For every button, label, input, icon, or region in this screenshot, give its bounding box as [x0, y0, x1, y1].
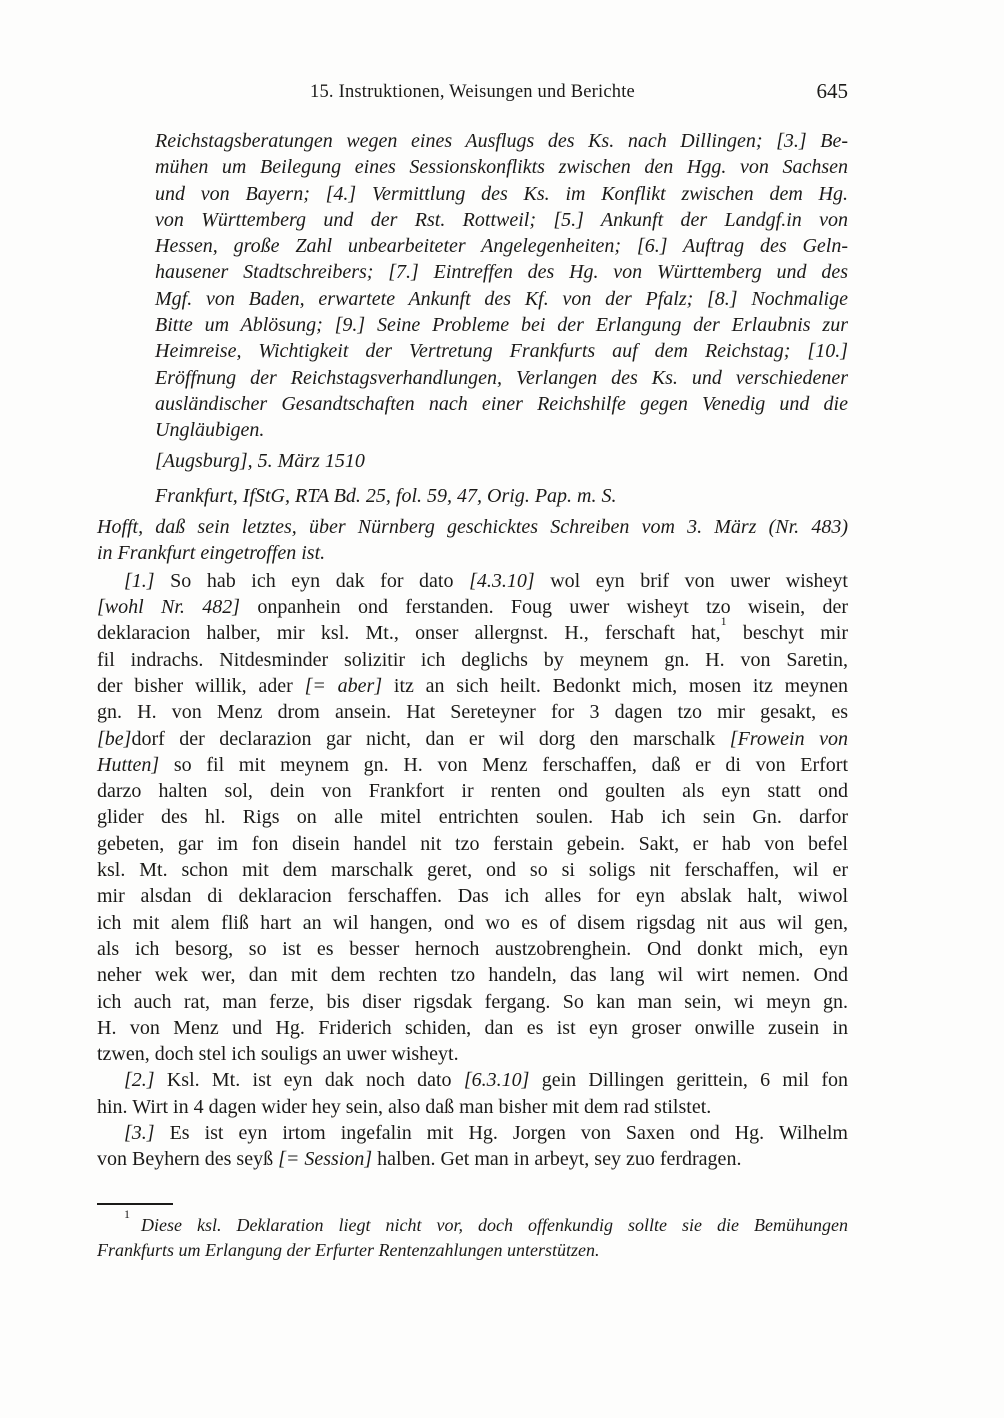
text-segment: [1.] [124, 570, 155, 592]
text-segment: mühen um Beilegung eines Sessionskonflik… [155, 156, 848, 178]
text-segment: mir alsdan di deklaracion ferschaffen. D… [97, 885, 848, 907]
text-line: Reichstagsberatungen wegen eines Ausflug… [155, 128, 848, 154]
text-segment: ksl. Mt. schon mit dem marschalk geret, … [97, 859, 848, 881]
book-page: 15. Instruktionen, Weisungen und Bericht… [0, 0, 1004, 1418]
text-line: Hofft, daß sein letztes, über Nürnberg g… [97, 514, 848, 540]
text-line: darzo halten sol, dein von Frankfort ir … [97, 778, 848, 804]
text-segment: gein Dillingen gerittein, 6 mil fon [529, 1069, 848, 1091]
text-segment: [= Session] [278, 1148, 372, 1170]
text-segment: onpanhein ond ferstanden. Foug uwer wish… [240, 596, 848, 618]
text-segment: und von Bayern; [4.] Vermittlung des Ks.… [155, 183, 848, 205]
text-line: ksl. Mt. schon mit dem marschalk geret, … [97, 857, 848, 883]
text-segment: dorf der declarazion gar nicht, dan er w… [131, 728, 729, 750]
text-line: von Württemberg und der Rst. Rottweil; [… [155, 207, 848, 233]
footnote-ref-marker: 1 [124, 1207, 141, 1221]
text-segment: Hessen, große Zahl unbearbeiteter Angele… [155, 235, 848, 257]
letter-body: [1.] So hab ich eyn dak for dato [4.3.10… [97, 568, 848, 1173]
text-segment: gebeten, gar im fon disein handel nit tz… [97, 833, 848, 855]
regest-summary: Hofft, daß sein letztes, über Nürnberg g… [97, 514, 848, 567]
text-segment: Frankfurts um Erlangung der Erfurter Ren… [97, 1240, 599, 1260]
text-line: Heimreise, Wichtigkeit der Vertretung Fr… [155, 338, 848, 364]
text-segment: Ungläubigen. [155, 419, 264, 441]
text-line: neher wek wer, dan mit dem rechten tzo h… [97, 962, 848, 988]
text-segment: ich mit alem fliß hart an wil hangen, on… [97, 912, 848, 934]
text-line: 1Diese ksl. Deklaration liegt nicht vor,… [97, 1213, 848, 1238]
text-segment: itz an sich heilt. Bedonkt mich, mosen i… [382, 675, 848, 697]
text-line: Hessen, große Zahl unbearbeiteter Angele… [155, 233, 848, 259]
text-line: [wohl Nr. 482] onpanhein ond ferstanden.… [97, 594, 848, 620]
text-segment: wol eyn brif von uwer wisheyt [535, 570, 848, 592]
text-line: [be]dorf der declarazion gar nicht, dan … [97, 726, 848, 752]
text-segment: hin. Wirt in 4 dagen wider hey sein, als… [97, 1096, 711, 1118]
text-segment: [be] [97, 728, 131, 750]
text-line: Ungläubigen. [155, 417, 848, 443]
text-line: Mgf. von Baden, erwartete Ankunft des Kf… [155, 286, 848, 312]
text-segment: Heimreise, Wichtigkeit der Vertretung Fr… [155, 340, 848, 362]
text-segment: [4.3.10] [469, 570, 535, 592]
text-segment: von Württemberg und der Rst. Rottweil; [… [155, 209, 848, 231]
text-line: Frankfurts um Erlangung der Erfurter Ren… [97, 1238, 848, 1263]
text-line: hin. Wirt in 4 dagen wider hey sein, als… [97, 1094, 848, 1120]
text-line: [1.] So hab ich eyn dak for dato [4.3.10… [97, 568, 848, 594]
footnote-ref-marker: 1 [721, 614, 727, 628]
text-segment: ich auch rat, man ferze, bis diser rigsd… [97, 991, 848, 1013]
text-segment: Diese ksl. Deklaration liegt nicht vor, … [141, 1215, 848, 1235]
text-line: Bitte um Ablösung; [9.] Seine Probleme b… [155, 312, 848, 338]
page-header: 15. Instruktionen, Weisungen und Bericht… [97, 80, 848, 104]
text-line: gebeten, gar im fon disein handel nit tz… [97, 831, 848, 857]
text-line: deklaracion halber, mir ksl. Mt., onser … [97, 620, 848, 646]
text-segment: So hab ich eyn dak for dato [155, 570, 469, 592]
text-segment: Ksl. Mt. ist eyn dak noch dato [155, 1069, 464, 1091]
text-line: tzwen, doch stel ich souligs an uwer wis… [97, 1041, 848, 1067]
text-segment: deklaracion halber, mir ksl. Mt., onser … [97, 622, 721, 644]
text-line: ausländischer Gesandtschaften nach einer… [155, 391, 848, 417]
text-line: glider des hl. Rigs on alle mitel entric… [97, 804, 848, 830]
text-segment: H. von Menz und Hg. Friderich schiden, d… [97, 1017, 848, 1039]
text-segment: als ich besorg, so ist es besser hernoch… [97, 938, 848, 960]
text-line: Hutten] so fil mit meynem gn. H. von Men… [97, 752, 848, 778]
footnote-area: 1Diese ksl. Deklaration liegt nicht vor,… [97, 1203, 848, 1263]
text-line: Eröffnung der Reichstagsverhandlungen, V… [155, 365, 848, 391]
text-segment: [= aber] [305, 675, 383, 697]
text-line: fil indrachs. Nitdesminder solizitir ich… [97, 647, 848, 673]
text-segment: gn. H. von Menz drom ansein. Hat Seretey… [97, 701, 848, 723]
text-line: hausener Stadtschreibers; [7.] Eintreffe… [155, 259, 848, 285]
running-head-title: 15. Instruktionen, Weisungen und Bericht… [97, 80, 848, 104]
text-line: [2.] Ksl. Mt. ist eyn dak noch dato [6.3… [97, 1067, 848, 1093]
text-segment: der bisher willik, ader [97, 675, 305, 697]
footnote-separator-rule [97, 1203, 173, 1205]
text-line: in Frankfurt eingetroffen ist. [97, 540, 848, 566]
body-paragraph-1: [1.] So hab ich eyn dak for dato [4.3.10… [97, 568, 848, 1068]
text-segment: neher wek wer, dan mit dem rechten tzo h… [97, 964, 848, 986]
text-line: ich auch rat, man ferze, bis diser rigsd… [97, 989, 848, 1015]
text-segment: [wohl Nr. 482] [97, 596, 240, 618]
text-line: ich mit alem fliß hart an wil hangen, on… [97, 910, 848, 936]
text-line: von Beyhern des seyß [= Session] halben.… [97, 1146, 848, 1172]
text-segment: Hutten] [97, 754, 159, 776]
body-paragraph-2: [2.] Ksl. Mt. ist eyn dak noch dato [6.3… [97, 1067, 848, 1120]
text-segment: Hofft, daß sein letztes, über Nürnberg g… [97, 516, 848, 538]
text-line: gn. H. von Menz drom ansein. Hat Seretey… [97, 699, 848, 725]
text-line: und von Bayern; [4.] Vermittlung des Ks.… [155, 181, 848, 207]
text-line: mühen um Beilegung eines Sessionskonflik… [155, 154, 848, 180]
text-line: mir alsdan di deklaracion ferschaffen. D… [97, 883, 848, 909]
text-segment: halben. Get man in arbeyt, sey zuo ferdr… [372, 1148, 741, 1170]
text-segment: [6.3.10] [464, 1069, 530, 1091]
text-segment: hausener Stadtschreibers; [7.] Eintreffe… [155, 261, 848, 283]
text-segment: ausländischer Gesandtschaften nach einer… [155, 393, 848, 415]
text-segment: von Beyhern des seyß [97, 1148, 278, 1170]
text-segment: glider des hl. Rigs on alle mitel entric… [97, 806, 848, 828]
text-segment: Bitte um Ablösung; [9.] Seine Probleme b… [155, 314, 848, 336]
text-segment: [Frowein von [730, 728, 848, 750]
text-segment: tzwen, doch stel ich souligs an uwer wis… [97, 1043, 459, 1065]
text-line: H. von Menz und Hg. Friderich schiden, d… [97, 1015, 848, 1041]
text-segment: Eröffnung der Reichstagsverhandlungen, V… [155, 367, 848, 389]
text-line: der bisher willik, ader [= aber] itz an … [97, 673, 848, 699]
text-segment: [2.] [124, 1069, 155, 1091]
text-segment: in Frankfurt eingetroffen ist. [97, 542, 325, 564]
text-segment: so fil mit meynem gn. H. von Menz fersch… [159, 754, 848, 776]
text-line: [3.] Es ist eyn irtom ingefalin mit Hg. … [97, 1120, 848, 1146]
dateline: [Augsburg], 5. März 1510 [155, 448, 848, 474]
text-segment: darzo halten sol, dein von Frankfort ir … [97, 780, 848, 802]
footnote-1: 1Diese ksl. Deklaration liegt nicht vor,… [97, 1213, 848, 1263]
source-reference: Frankfurt, IfStG, RTA Bd. 25, fol. 59, 4… [155, 483, 848, 509]
body-paragraph-3: [3.] Es ist eyn irtom ingefalin mit Hg. … [97, 1120, 848, 1173]
text-segment: beschyt mir [727, 622, 848, 644]
text-segment: Mgf. von Baden, erwartete Ankunft des Kf… [155, 288, 848, 310]
text-segment: fil indrachs. Nitdesminder solizitir ich… [97, 649, 848, 671]
page-number: 645 [817, 79, 849, 103]
text-segment: [3.] [124, 1122, 155, 1144]
text-segment: Reichstagsberatungen wegen eines Ausflug… [155, 130, 848, 152]
document-abstract: Reichstagsberatungen wegen eines Ausflug… [155, 128, 848, 444]
text-line: als ich besorg, so ist es besser hernoch… [97, 936, 848, 962]
text-segment: Es ist eyn irtom ingefalin mit Hg. Jorge… [155, 1122, 848, 1144]
